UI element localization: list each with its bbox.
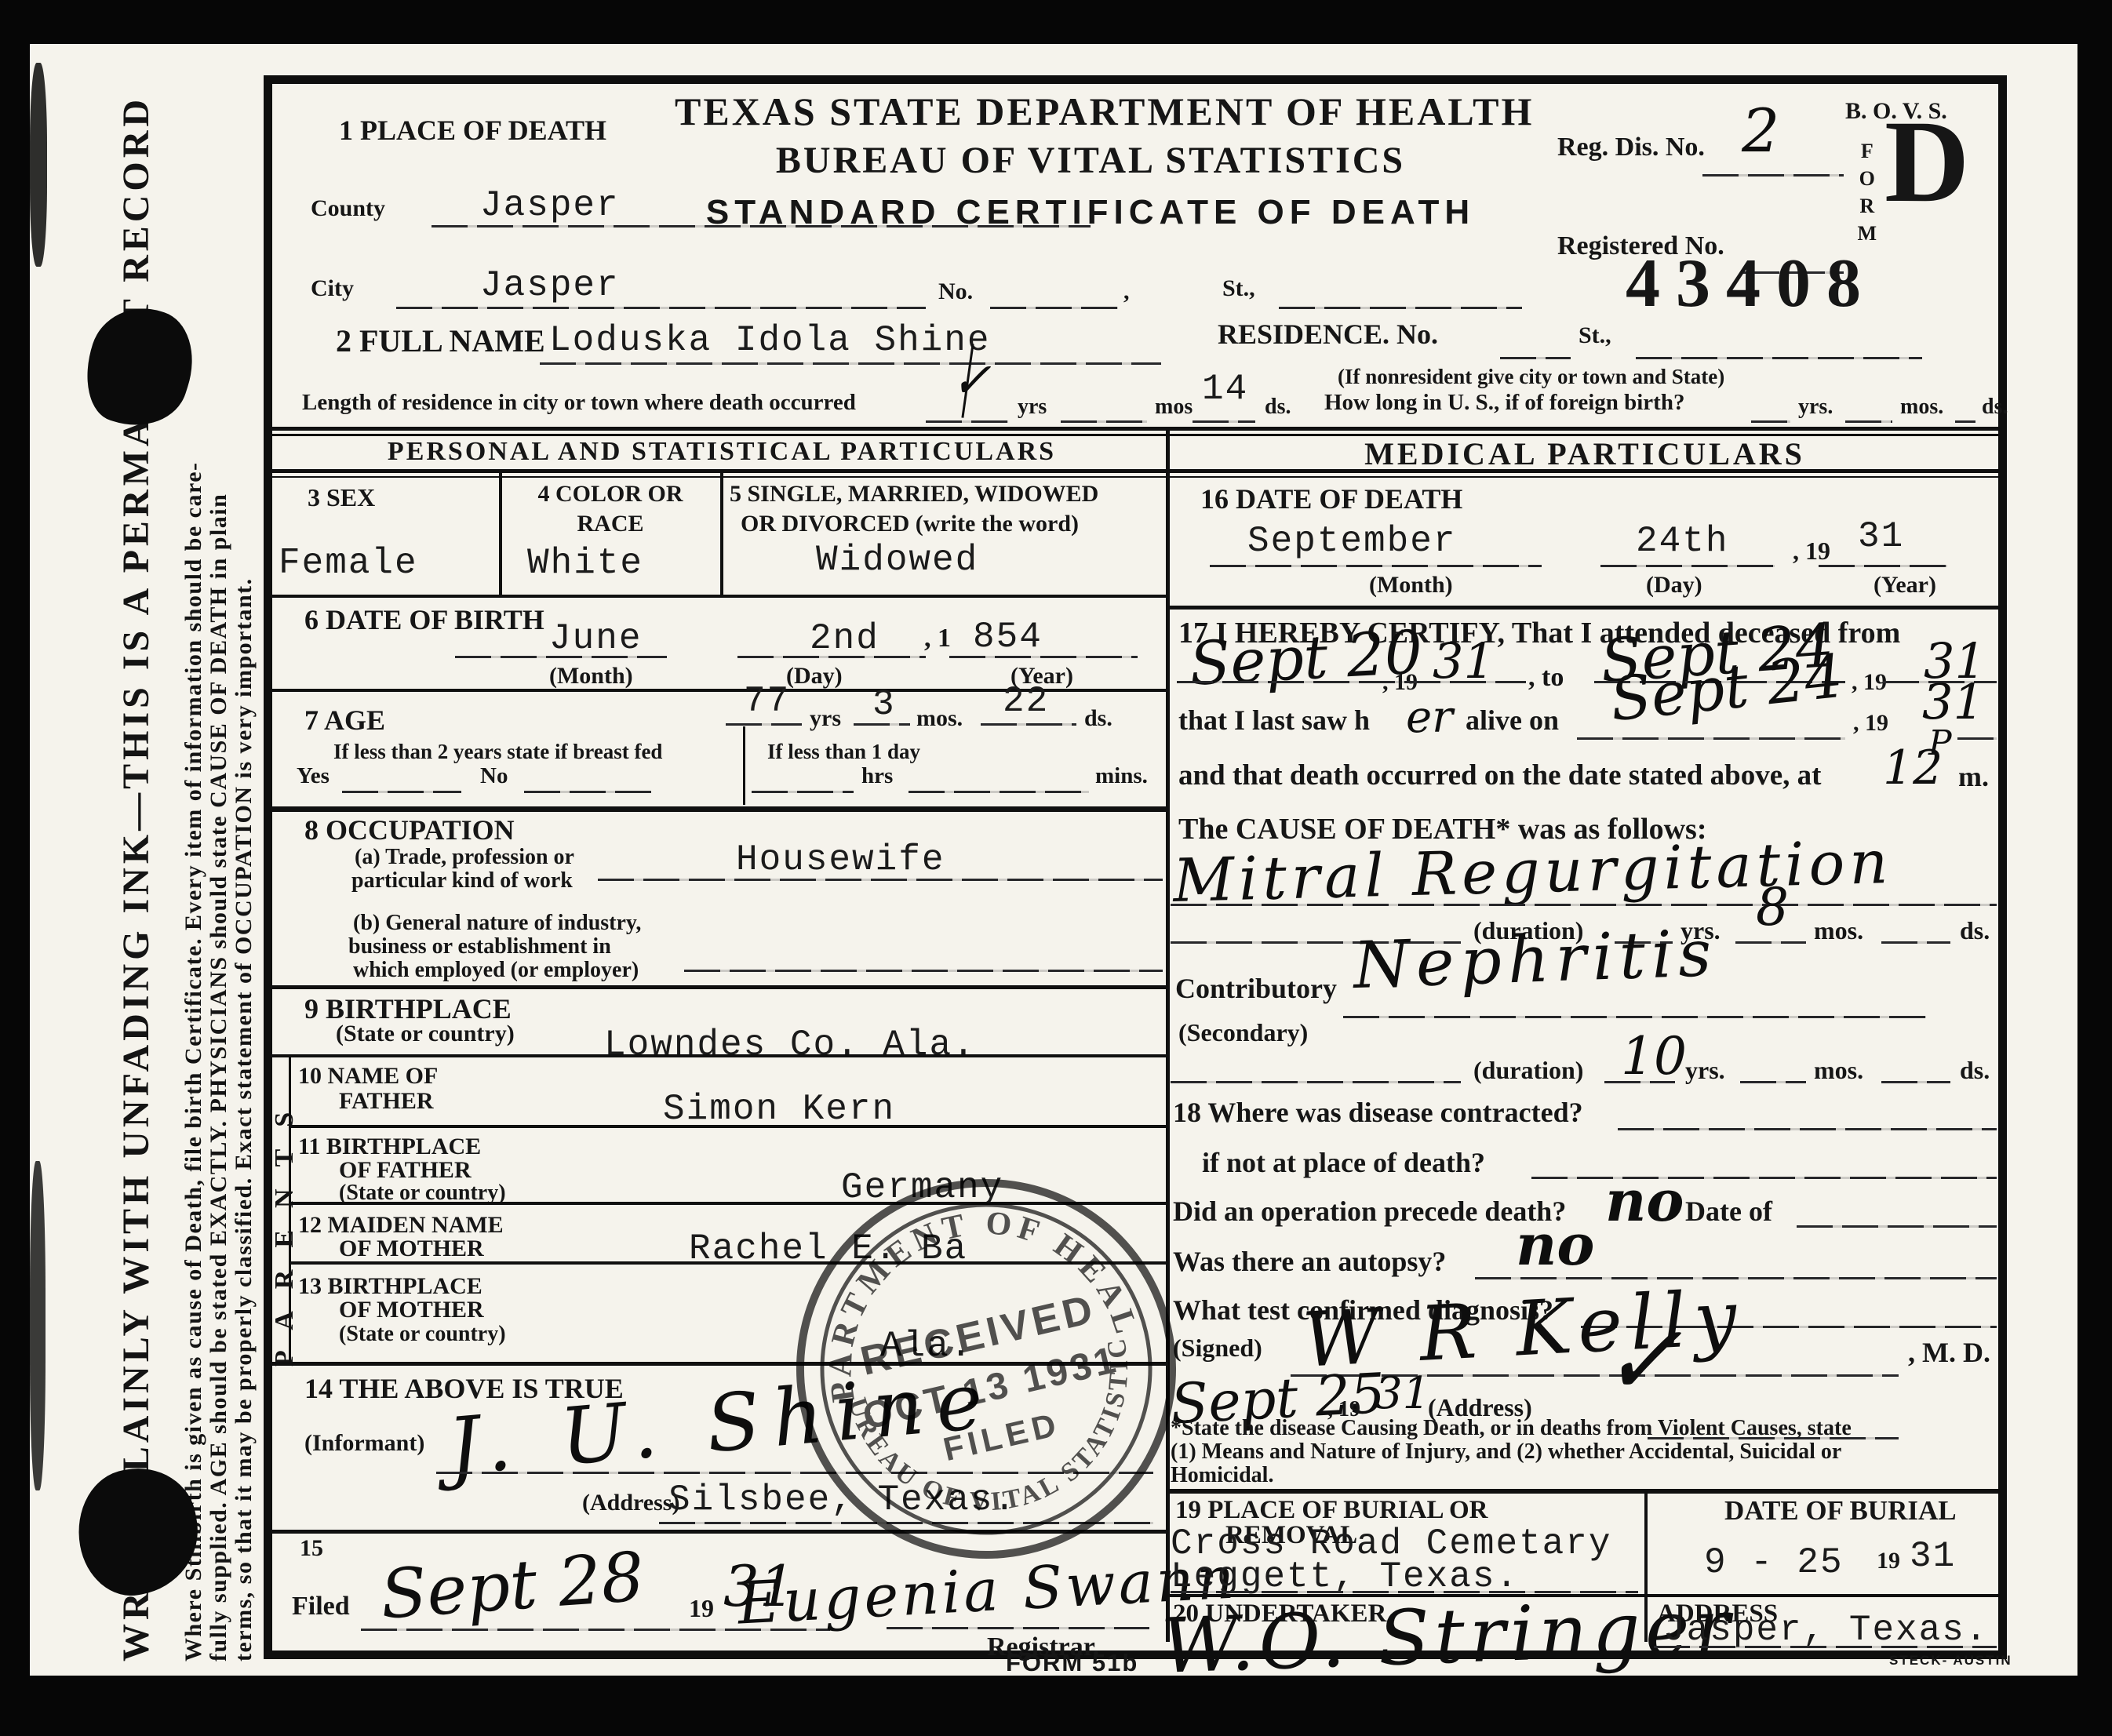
filed-year-prefix: 19 bbox=[689, 1596, 714, 1622]
no-line bbox=[524, 791, 651, 793]
dob-month-cap: (Month) bbox=[549, 664, 633, 689]
occupation-b-label-3: which employed (or employer) bbox=[353, 959, 639, 981]
lastsaw-line bbox=[1577, 737, 1845, 740]
duration2-pre-line bbox=[1171, 1081, 1461, 1083]
dob-day-cap: (Day) bbox=[786, 664, 843, 689]
duration2-mos-label: mos. bbox=[1814, 1057, 1863, 1084]
contributory-value: Nephritis bbox=[1352, 916, 1718, 1003]
occupation-a-line bbox=[598, 879, 1163, 881]
q18-label: 18 Where was disease contracted? bbox=[1173, 1098, 1583, 1128]
mins-label: mins. bbox=[1095, 764, 1148, 788]
dod-month-line bbox=[1210, 565, 1542, 567]
burial-year-value: 31 bbox=[1910, 1536, 1956, 1577]
informant-address-label: (Address) bbox=[582, 1490, 679, 1516]
dob-year-prefix: , 1 bbox=[924, 624, 951, 653]
no-label: No bbox=[480, 764, 508, 788]
dob-day-value: 2nd bbox=[810, 618, 879, 659]
dod-year-prefix: , 19 bbox=[1793, 538, 1830, 565]
birthplace-value: Lowndes Co. Ala. bbox=[604, 1024, 976, 1065]
age-mos-line bbox=[854, 723, 910, 726]
margin-note-2: fully supplied. AGE should be stated EXA… bbox=[206, 493, 232, 1661]
county-label: County bbox=[311, 196, 385, 221]
reg-dis-line bbox=[1702, 174, 1844, 177]
length-ds-line bbox=[1193, 420, 1255, 423]
dob-month-line bbox=[455, 656, 667, 658]
father-name-label-1: 10 NAME OF bbox=[298, 1064, 438, 1089]
sex-value: Female bbox=[279, 543, 418, 584]
age-ds-line bbox=[981, 723, 1076, 726]
undertaker-address-line bbox=[1654, 1646, 1997, 1648]
medical-section-title: MEDICAL PARTICULARS bbox=[1193, 438, 1977, 471]
lessday-label: If less than 1 day bbox=[767, 741, 920, 762]
duration2-yrs-label: yrs. bbox=[1685, 1057, 1725, 1084]
fullname-line bbox=[540, 362, 1161, 365]
dod-day-line bbox=[1600, 565, 1775, 567]
margin-note-1: Where Stillbirth is given as cause of De… bbox=[180, 461, 207, 1661]
mother-bp-label-1: 13 BIRTHPLACE bbox=[298, 1274, 482, 1299]
marital-label-1: 5 SINGLE, MARRIED, WIDOWED bbox=[730, 482, 1098, 507]
length-mos-label: mos bbox=[1155, 395, 1193, 418]
residence-st-line bbox=[1636, 357, 1922, 359]
howlong-ds-line bbox=[1955, 420, 1975, 423]
occupation-value: Housewife bbox=[736, 839, 945, 880]
mother-bp-cap: (State or country) bbox=[339, 1323, 506, 1345]
city-no-label: No. bbox=[938, 279, 973, 304]
city-st-line bbox=[1279, 307, 1522, 309]
q18-line bbox=[1618, 1128, 1997, 1130]
dod-month-cap: (Month) bbox=[1369, 573, 1453, 598]
nonresident-note: (If nonresident give city or town and St… bbox=[1338, 366, 1724, 388]
rule-thick bbox=[1167, 1489, 1998, 1494]
rule bbox=[271, 985, 1166, 989]
attended-from-line bbox=[1177, 681, 1526, 683]
parents-vertical-label: PARENTS bbox=[270, 1090, 300, 1367]
duration2-label: (duration) bbox=[1473, 1057, 1583, 1084]
length-yrs-line bbox=[926, 420, 1008, 423]
age-mos-label: mos. bbox=[916, 706, 963, 731]
sex-label: 3 SEX bbox=[308, 485, 375, 511]
md-label: , M. D. bbox=[1908, 1338, 1990, 1368]
age-days-value: 22 bbox=[1003, 681, 1049, 722]
father-name-value: Simon Kern bbox=[663, 1089, 895, 1130]
dod-year-cap: (Year) bbox=[1873, 573, 1936, 598]
father-bp-label-2: OF FATHER bbox=[339, 1158, 472, 1183]
residence-no-line bbox=[1500, 357, 1571, 359]
rule-thick bbox=[271, 806, 1166, 812]
contrib-duration-value: 10 bbox=[1621, 1026, 1687, 1086]
breastfed-label: If less than 2 years state if breast fed bbox=[333, 741, 662, 762]
age-label: 7 AGE bbox=[304, 706, 385, 736]
scan-border-top bbox=[0, 0, 2112, 44]
scan-border-right bbox=[2077, 0, 2112, 1736]
occupation-label: 8 OCCUPATION bbox=[304, 816, 515, 846]
age-ds-label: ds. bbox=[1084, 706, 1112, 731]
dob-day-line bbox=[737, 656, 926, 658]
title-dept: TEXAS STATE DEPARTMENT OF HEALTH bbox=[675, 91, 1506, 133]
length-mos-line bbox=[1061, 420, 1147, 423]
burial-date-label: DATE OF BURIAL bbox=[1724, 1497, 1957, 1526]
occurred-label: and that death occurred on the date stat… bbox=[1178, 761, 1821, 792]
scan-smudge bbox=[30, 1161, 46, 1490]
dod-year-value: 31 bbox=[1858, 516, 1904, 557]
fullname-value: Loduska Idola Shine bbox=[549, 320, 991, 361]
reg-dis-label: Reg. Dis. No. bbox=[1557, 133, 1705, 162]
duration1-ds-line bbox=[1881, 941, 1950, 944]
hrs-label: hrs bbox=[861, 764, 893, 788]
lastsaw-label-1: that I last saw h bbox=[1178, 706, 1370, 736]
rule bbox=[289, 1125, 1166, 1128]
registrar-line bbox=[887, 1627, 1149, 1629]
header-rule bbox=[271, 427, 1998, 431]
dod-day-value: 24th bbox=[1636, 521, 1728, 562]
autopsy-label: Was there an autopsy? bbox=[1173, 1247, 1446, 1277]
rule bbox=[271, 595, 1166, 598]
autopsy-value: no bbox=[1516, 1211, 1594, 1278]
yes-line bbox=[342, 791, 461, 793]
age-yrs-line bbox=[726, 723, 802, 726]
date-of-death-label: 16 DATE OF DEATH bbox=[1200, 485, 1462, 515]
color-label-1: 4 COLOR OR bbox=[510, 482, 711, 507]
city-st-label: St., bbox=[1222, 276, 1255, 301]
occupation-a-label-1: (a) Trade, profession or bbox=[355, 846, 574, 868]
city-label: City bbox=[311, 276, 354, 301]
duration2-mos-line bbox=[1740, 1081, 1806, 1083]
operation-value: no bbox=[1605, 1167, 1684, 1234]
duration1-ds-label: ds. bbox=[1960, 918, 1990, 944]
father-name-label-2: FATHER bbox=[339, 1089, 434, 1114]
city-no-line bbox=[990, 307, 1118, 309]
length-yrs-label: yrs bbox=[1018, 395, 1047, 418]
father-bp-cap: (State or country) bbox=[339, 1181, 506, 1204]
howlong-ds-label: ds. bbox=[1982, 395, 2008, 418]
margin-note-3: terms, so that it may be properly classi… bbox=[231, 577, 257, 1661]
color-marital-divider bbox=[720, 469, 723, 596]
signed-year-value: 31 bbox=[1375, 1368, 1430, 1419]
dob-year-line bbox=[949, 656, 1138, 658]
occupation-b-line bbox=[684, 970, 1163, 972]
mother-name-label-2: OF MOTHER bbox=[339, 1236, 484, 1261]
father-bp-label-1: 11 BIRTHPLACE bbox=[298, 1134, 481, 1159]
burial-year-prefix: 19 bbox=[1877, 1549, 1900, 1574]
reg-dis-value: 2 bbox=[1742, 96, 1779, 166]
occurred-ampm-value: P bbox=[1928, 723, 1952, 763]
residence-label: RESIDENCE. No. bbox=[1218, 320, 1438, 350]
footnote-1: *State the disease Causing Death, or in … bbox=[1171, 1417, 1852, 1439]
q18b-line bbox=[1531, 1177, 1997, 1179]
length-ds-label: ds. bbox=[1265, 395, 1291, 418]
footnote-2: (1) Means and Nature of Injury, and (2) … bbox=[1171, 1440, 1841, 1463]
dod-year-line bbox=[1819, 565, 1947, 567]
lastsaw-label-2: alive on bbox=[1466, 706, 1559, 736]
secondary-cap: (Secondary) bbox=[1178, 1020, 1308, 1046]
birthplace-cap: (State or country) bbox=[336, 1021, 515, 1046]
howlong-yrs-line bbox=[1751, 420, 1790, 423]
city-comma: , bbox=[1123, 279, 1130, 304]
city-line bbox=[396, 307, 926, 309]
city-value: Jasper bbox=[480, 265, 620, 306]
occurred-m-label: m. bbox=[1958, 762, 1989, 792]
length-residence-label: Length of residence in city or town wher… bbox=[302, 391, 856, 414]
rule bbox=[271, 469, 1166, 473]
item15-label: 15 bbox=[300, 1536, 323, 1561]
scan-border-bottom bbox=[0, 1676, 2112, 1736]
attended-to-label: , to bbox=[1528, 664, 1564, 692]
residence-st-label: St., bbox=[1579, 323, 1611, 348]
fullname-label: 2 FULL NAME bbox=[336, 325, 545, 358]
address-check-mark: ✓ bbox=[1600, 1304, 1683, 1418]
rule bbox=[1167, 606, 1998, 610]
marital-value: Widowed bbox=[816, 540, 978, 580]
operation-label: Did an operation precede death? bbox=[1173, 1197, 1566, 1227]
parents-divider bbox=[289, 1054, 291, 1362]
howlong-us-label: How long in U. S., if of foreign birth? bbox=[1324, 391, 1684, 414]
rule bbox=[271, 1054, 1166, 1057]
duration2-ds-label: ds. bbox=[1960, 1057, 1990, 1084]
rule bbox=[1167, 469, 1998, 473]
howlong-mos-label: mos. bbox=[1900, 395, 1943, 418]
dob-label: 6 DATE OF BIRTH bbox=[304, 606, 544, 635]
dod-month-value: September bbox=[1247, 521, 1456, 562]
personal-section-title: PERSONAL AND STATISTICAL PARTICULARS bbox=[314, 438, 1130, 466]
duration2-yrs-line bbox=[1604, 1081, 1675, 1083]
duration1-mos-line bbox=[1735, 941, 1806, 944]
howlong-mos-line bbox=[1845, 420, 1892, 423]
informant-label: (Informant) bbox=[304, 1431, 424, 1456]
scan-border-left bbox=[0, 0, 30, 1736]
age-yrs-label: yrs bbox=[810, 706, 841, 731]
color-label-2: RACE bbox=[510, 511, 711, 537]
sex-color-divider bbox=[499, 469, 502, 596]
age-months-value: 3 bbox=[872, 684, 896, 725]
q18b-label: if not at place of death? bbox=[1202, 1148, 1485, 1178]
death-certificate-scan: WRITE PLAINLY WITH UNFADING INK—THIS IS … bbox=[0, 0, 2112, 1736]
cause-duration-value: 8 bbox=[1756, 877, 1789, 937]
age-sub-divider bbox=[743, 726, 745, 805]
dateof-line bbox=[1797, 1225, 1997, 1228]
certificate-number: 43408 bbox=[1626, 248, 1877, 320]
form-letter-d: D bbox=[1884, 100, 1969, 224]
mother-name-label-1: 12 MAIDEN NAME bbox=[298, 1213, 504, 1238]
undertaker-address-value: Jasper, Texas. bbox=[1663, 1610, 1988, 1650]
title-bureau: BUREAU OF VITAL STATISTICS bbox=[675, 141, 1506, 180]
dateof-label: Date of bbox=[1685, 1197, 1772, 1227]
length-check-mark: ✓ bbox=[951, 351, 992, 409]
dod-day-cap: (Day) bbox=[1646, 573, 1702, 598]
lastsaw-pronoun: er bbox=[1406, 692, 1453, 743]
yes-label: Yes bbox=[297, 764, 330, 788]
mother-bp-label-2: OF MOTHER bbox=[339, 1297, 484, 1323]
duration2-ds-line bbox=[1881, 1081, 1950, 1083]
form-number: FORM 51b bbox=[1006, 1650, 1138, 1676]
attended-to-year-prefix: , 19 bbox=[1852, 670, 1887, 695]
place-of-death-label: 1 PLACE OF DEATH bbox=[339, 116, 606, 146]
filed-label: Filed bbox=[292, 1592, 350, 1621]
occupation-b-label-1: (b) General nature of industry, bbox=[353, 912, 641, 934]
contributory-line bbox=[1343, 1016, 1926, 1018]
howlong-yrs-label: yrs. bbox=[1798, 395, 1833, 418]
color-value: White bbox=[527, 543, 643, 584]
length-days-value: 14 bbox=[1202, 369, 1248, 409]
rule bbox=[271, 476, 1166, 478]
county-value: Jasper bbox=[480, 185, 620, 226]
lastsaw-year-line bbox=[1957, 737, 1997, 740]
hrs-line bbox=[752, 791, 854, 793]
mins-line bbox=[909, 791, 1089, 793]
occupation-a-label-2: particular kind of work bbox=[351, 869, 573, 892]
lastsaw-year-prefix: , 19 bbox=[1853, 711, 1888, 736]
duration1-mos-label: mos. bbox=[1814, 918, 1863, 944]
marital-label-2: OR DIVORCED (write the word) bbox=[741, 511, 1079, 537]
scan-smudge bbox=[30, 63, 47, 267]
dob-month-value: June bbox=[549, 618, 642, 659]
printer-imprint: STECK- AUSTIN bbox=[1889, 1654, 2012, 1668]
burial-date-value: 9 - 25 bbox=[1704, 1542, 1844, 1583]
age-years-value: 77 bbox=[744, 681, 790, 722]
cause-line bbox=[1171, 904, 1997, 906]
contributory-label: Contributory bbox=[1175, 974, 1337, 1004]
county-line bbox=[432, 225, 1091, 227]
dob-year-value: 854 bbox=[973, 617, 1043, 657]
rule bbox=[1167, 476, 1998, 478]
lastsaw-year: 31 bbox=[1922, 673, 1984, 730]
occupation-b-label-2: business or establishment in bbox=[348, 935, 611, 958]
